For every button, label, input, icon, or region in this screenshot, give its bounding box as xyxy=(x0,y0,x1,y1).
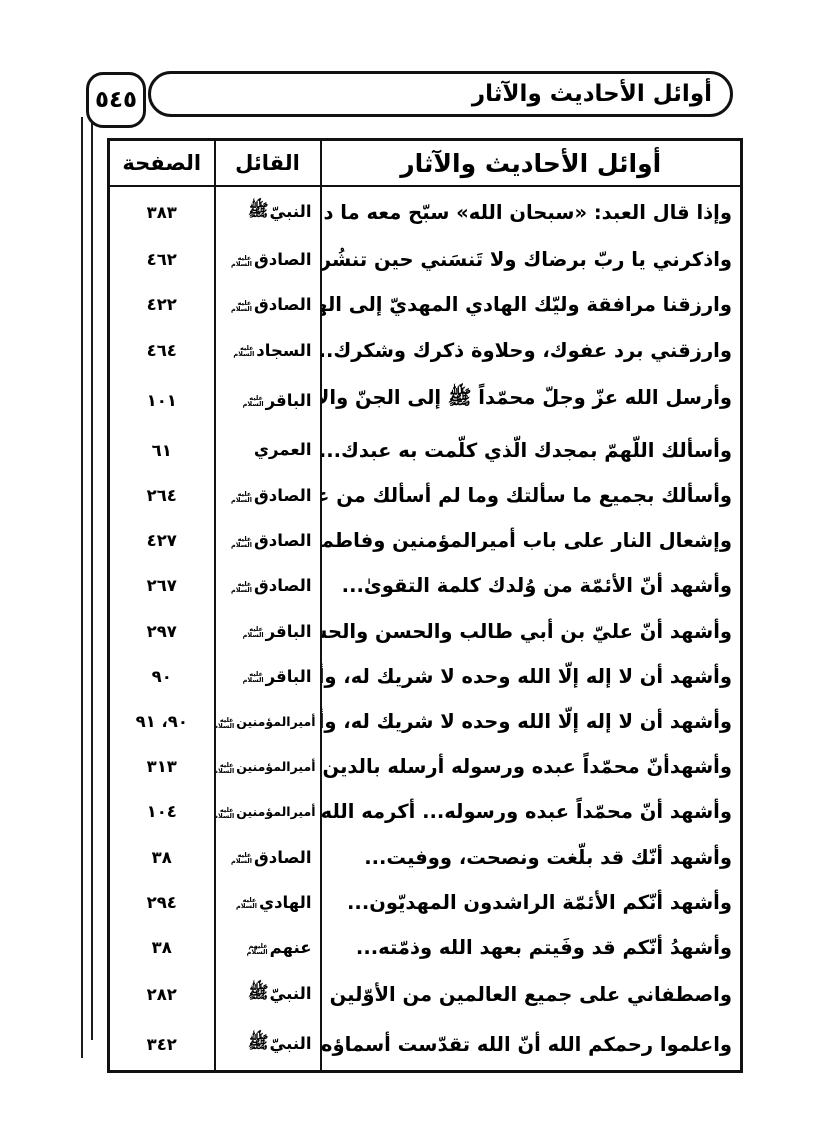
table-row: واذكرني يا ربّ برضاك ولا تَنسَني حين تنش… xyxy=(109,237,742,282)
speaker-cell: أميرالمؤمنينعليه السلام xyxy=(215,789,321,834)
speaker-name: النبيّ xyxy=(269,202,311,221)
honorific-mark: عليه السلام xyxy=(249,626,264,638)
honorific-mark: عليه السلام xyxy=(237,255,252,267)
table-row: وأشهد أنّك قد بلّغت ونصحت، ووفيت... الصا… xyxy=(109,835,742,880)
speaker-name: الباقر xyxy=(266,622,312,641)
index-table: أوائل الأحاديث والآثار القائل الصفحة وإذ… xyxy=(107,138,743,1073)
table-row: وإشعال النار على باب أميرالمؤمنين وفاطمة… xyxy=(109,518,742,563)
speaker-name: الصادق xyxy=(254,576,312,595)
table-row: وأرسل الله عزّ وجلّ محمّداً ﷺ إلى الجنّ … xyxy=(109,373,742,428)
page-cell: ٦١ xyxy=(109,428,215,473)
page-cell: ٣٤٢ xyxy=(109,1019,215,1071)
speaker-cell: الصادقعليه السلام xyxy=(215,563,321,608)
table-row: وأسألك بجميع ما سألتك وما لم أسألك من عظ… xyxy=(109,473,742,518)
hadith-text-cell: واصطفاني على جميع العالمين من الأوّلين و… xyxy=(321,970,742,1019)
honorific-mark: عليه السلام xyxy=(237,581,252,593)
honorific-mark: عليه السلام xyxy=(242,897,257,909)
honorific-mark: ﷺ xyxy=(248,1033,269,1053)
table-row: وأشهدُ أنّكم قد وفَيتم بعهد الله وذمّته.… xyxy=(109,925,742,970)
speaker-name: الصادق xyxy=(254,250,312,269)
speaker-cell: الصادقعليه السلام xyxy=(215,473,321,518)
hadith-text-cell: وأشهدأنّ محمّداً عبده ورسوله أرسله بالدي… xyxy=(321,744,742,789)
table-header-row: أوائل الأحاديث والآثار القائل الصفحة xyxy=(109,140,742,187)
page-cell: ٣٨ xyxy=(109,835,215,880)
speaker-name: العمري xyxy=(254,440,312,459)
speaker-name: الصادق xyxy=(254,531,312,550)
page-number-badge: ٥٤٥ xyxy=(86,72,146,128)
page-cell: ٣٨ xyxy=(109,925,215,970)
hadith-text-cell: وأشهد أن لا إله إلّا الله وحده لا شريك ل… xyxy=(321,654,742,699)
honorific-mark: عليه السلام xyxy=(219,717,234,729)
honorific-mark: عليه السلام xyxy=(237,491,252,503)
hadith-text-cell: واذكرني يا ربّ برضاك ولا تَنسَني حين تنش… xyxy=(321,237,742,282)
hadith-text-cell: وأشهد أنّ الأئمّة من وُلدك كلمة التقوىٰ.… xyxy=(321,563,742,608)
table-row: وأشهد أنّ الأئمّة من وُلدك كلمة التقوىٰ.… xyxy=(109,563,742,608)
page-cell: ١٠٤ xyxy=(109,789,215,834)
margin-rule-outer xyxy=(81,117,83,1058)
table-row: وارزقنا مرافقة وليّك الهادي المهديّ إلى … xyxy=(109,282,742,327)
column-header-speaker: القائل xyxy=(215,140,321,187)
page-cell: ١٠١ xyxy=(109,373,215,428)
speaker-name: أميرالمؤمنين xyxy=(236,759,315,774)
honorific-mark: عليهم السلام xyxy=(253,943,268,955)
hadith-text-cell: وأشهد أنّك قد بلّغت ونصحت، ووفيت... xyxy=(321,835,742,880)
speaker-cell: الصادقعليه السلام xyxy=(215,282,321,327)
table-row: وأشهد أن لا إله إلّا الله وحده لا شريك ل… xyxy=(109,654,742,699)
speaker-name: أميرالمؤمنين xyxy=(236,804,315,819)
page-cell: ٣١٣ xyxy=(109,744,215,789)
hadith-text-cell: واعلموا رحمكم الله أنّ الله تقدّست أسماؤ… xyxy=(321,1019,742,1071)
speaker-cell: الباقرعليه السلام xyxy=(215,654,321,699)
speaker-cell: النبيّﷺ xyxy=(215,186,321,237)
hadith-text-cell: وإشعال النار على باب أميرالمؤمنين وفاطمة… xyxy=(321,518,742,563)
honorific-mark: عليه السلام xyxy=(219,807,234,819)
speaker-name: الباقر xyxy=(266,667,312,686)
page-cell: ٤٢٢ xyxy=(109,282,215,327)
hadith-text-cell: وأشهدُ أنّكم قد وفَيتم بعهد الله وذمّته.… xyxy=(321,925,742,970)
table-row: وأشهد أن لا إله إلّا الله وحده لا شريك ل… xyxy=(109,699,742,744)
speaker-name: الهادي xyxy=(259,893,312,912)
book-page: ٥٤٥ أوائل الأحاديث والآثار أوائل الأحادي… xyxy=(0,0,826,1147)
speaker-cell: الباقرعليه السلام xyxy=(215,609,321,654)
speaker-name: الباقر xyxy=(266,391,312,410)
page-number: ٥٤٥ xyxy=(95,87,137,113)
hadith-text-cell: وأسألك بجميع ما سألتك وما لم أسألك من عظ… xyxy=(321,473,742,518)
page-cell: ٢٦٤ xyxy=(109,473,215,518)
honorific-mark: عليه السلام xyxy=(219,762,234,774)
honorific-mark: ﷺ xyxy=(248,983,269,1003)
table-row: وارزقني برد عفوك، وحلاوة ذكرك وشكرك... ا… xyxy=(109,328,742,373)
speaker-name: الصادق xyxy=(254,848,312,867)
page-cell: ٢٦٧ xyxy=(109,563,215,608)
running-header: أوائل الأحاديث والآثار xyxy=(148,71,733,117)
table-row: وأسألك اللّهمّ بمجدك الّذي كلّمت به عبدك… xyxy=(109,428,742,473)
running-header-title: أوائل الأحاديث والآثار xyxy=(472,81,712,107)
page-cell: ٩٠، ٩١ xyxy=(109,699,215,744)
hadith-text-cell: وارزقنا مرافقة وليّك الهادي المهديّ إلى … xyxy=(321,282,742,327)
speaker-name: الصادق xyxy=(254,486,312,505)
page-cell: ٢٩٧ xyxy=(109,609,215,654)
table-row: وأشهد أنّ عليّ بن أبي طالب والحسن والحسي… xyxy=(109,609,742,654)
speaker-name: أميرالمؤمنين xyxy=(236,714,315,729)
speaker-cell: أميرالمؤمنينعليه السلام xyxy=(215,744,321,789)
page-cell: ٢٩٤ xyxy=(109,880,215,925)
speaker-cell: الصادقعليه السلام xyxy=(215,237,321,282)
hadith-text-cell: وأشهد أنّ عليّ بن أبي طالب والحسن والحسي… xyxy=(321,609,742,654)
hadith-text-cell: وإذا قال العبد: «سبحان الله» سبّح معه ما… xyxy=(321,186,742,237)
page-cell: ٤٦٤ xyxy=(109,328,215,373)
table-row: وإذا قال العبد: «سبحان الله» سبّح معه ما… xyxy=(109,186,742,237)
margin-rule-inner xyxy=(91,117,93,1040)
page-cell: ٢٨٢ xyxy=(109,970,215,1019)
speaker-name: عنهم xyxy=(270,938,312,957)
hadith-text-cell: وأشهد أنّ محمّداً عبده ورسوله... أكرمه ا… xyxy=(321,789,742,834)
speaker-cell: الصادقعليه السلام xyxy=(215,518,321,563)
speaker-name: النبيّ xyxy=(269,1034,311,1053)
hadith-text-cell: وأرسل الله عزّ وجلّ محمّداً ﷺ إلى الجنّ … xyxy=(321,373,742,428)
honorific-mark: ﷺ xyxy=(248,201,269,221)
page-cell: ٤٦٢ xyxy=(109,237,215,282)
speaker-name: الصادق xyxy=(254,295,312,314)
hadith-text-cell: وارزقني برد عفوك، وحلاوة ذكرك وشكرك... xyxy=(321,328,742,373)
table-row: واعلموا رحمكم الله أنّ الله تقدّست أسماؤ… xyxy=(109,1019,742,1071)
table-row: وأشهد أنّكم الأئمّة الراشدون المهديّون..… xyxy=(109,880,742,925)
honorific-mark: عليه السلام xyxy=(237,300,252,312)
honorific-mark: عليه السلام xyxy=(249,395,264,407)
speaker-cell: أميرالمؤمنينعليه السلام xyxy=(215,699,321,744)
speaker-name: السجاد xyxy=(256,341,311,360)
speaker-name: النبيّ xyxy=(269,984,311,1003)
column-header-page: الصفحة xyxy=(109,140,215,187)
speaker-cell: النبيّﷺ xyxy=(215,970,321,1019)
speaker-cell: الصادقعليه السلام xyxy=(215,835,321,880)
speaker-cell: الباقرعليه السلام xyxy=(215,373,321,428)
hadith-text-cell: وأشهد أنّكم الأئمّة الراشدون المهديّون..… xyxy=(321,880,742,925)
page-cell: ٩٠ xyxy=(109,654,215,699)
speaker-cell: النبيّﷺ xyxy=(215,1019,321,1071)
column-header-hadith: أوائل الأحاديث والآثار xyxy=(321,140,742,187)
honorific-mark: عليه السلام xyxy=(249,671,264,683)
table-row: وأشهد أنّ محمّداً عبده ورسوله... أكرمه ا… xyxy=(109,789,742,834)
speaker-cell: عنهمعليهم السلام xyxy=(215,925,321,970)
honorific-mark: عليه السلام xyxy=(237,536,252,548)
page-cell: ٤٢٧ xyxy=(109,518,215,563)
hadith-text-cell: وأشهد أن لا إله إلّا الله وحده لا شريك ل… xyxy=(321,699,742,744)
speaker-cell: العمري xyxy=(215,428,321,473)
table-row: وأشهدأنّ محمّداً عبده ورسوله أرسله بالدي… xyxy=(109,744,742,789)
page-cell: ٣٨٣ xyxy=(109,186,215,237)
table-row: واصطفاني على جميع العالمين من الأوّلين و… xyxy=(109,970,742,1019)
hadith-text-cell: وأسألك اللّهمّ بمجدك الّذي كلّمت به عبدك… xyxy=(321,428,742,473)
speaker-cell: الهاديعليه السلام xyxy=(215,880,321,925)
speaker-cell: السجادعليه السلام xyxy=(215,328,321,373)
honorific-mark: عليه السلام xyxy=(239,345,254,357)
honorific-mark: عليه السلام xyxy=(237,852,252,864)
